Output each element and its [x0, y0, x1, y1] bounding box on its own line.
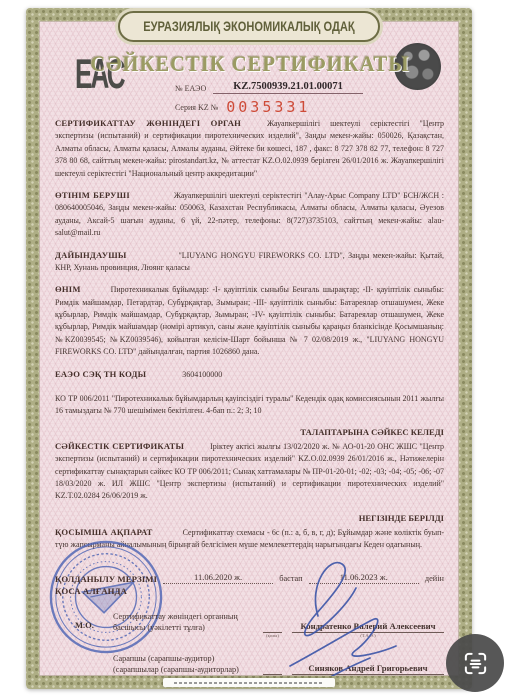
screenshot-page: { "colors": { "frame_olive": "#aeae85", …	[0, 0, 520, 699]
section-product: ӨНІМПиротехникалык бұйымдар: -I- қауіпті…	[55, 283, 444, 358]
union-banner-label: ЕУРАЗИЯЛЫҚ ЭКОНОМИКАЛЫҚ ОДАҚ	[143, 19, 354, 34]
scan-text-button[interactable]	[446, 634, 504, 692]
section-certification-body: СЕРТИФИКАТТАУ ЖӨНІНДЕГІ ОРГАНЖауапкершіл…	[55, 117, 444, 180]
certificate-number-row: № ЕАЭО KZ.7500939.21.01.00071	[175, 81, 363, 94]
certificate: ЕУРАЗИЯЛЫҚ ЭКОНОМИКАЛЫҚ ОДАҚ ЕАС СӘЙКЕСТ…	[26, 8, 472, 689]
union-banner: ЕУРАЗИЯЛЫҚ ЭКОНОМИКАЛЫҚ ОДАҚ	[118, 11, 380, 42]
certificate-series-label: Серия KZ №	[175, 103, 218, 112]
validity-label-line1: ҚОЛДАНЫЛУ МЕРЗІМІ	[55, 574, 157, 584]
microtext-line	[174, 682, 324, 684]
signature-role-expert: Сарапшы (сарапшы-аудитор) (сарапшылар (с…	[113, 653, 255, 675]
section-applicant: ӨТІНІМ БЕРУШІЖауапкершілігі шектеулі сер…	[55, 189, 444, 240]
section-manufacturer-label: ДАЙЫНДАУШЫ	[55, 250, 126, 260]
blue-round-seal-icon	[47, 538, 165, 656]
section-product-text: Пиротехникалык бұйымдар: -I- қауіптілік …	[55, 285, 444, 356]
section-product-label: ӨНІМ	[55, 284, 81, 294]
ink-signature	[260, 554, 420, 676]
certificate-number-value: KZ.7500939.21.01.00071	[213, 81, 363, 94]
certificate-title: СӘЙКЕСТІК СЕРТИФИКАТЫ	[90, 51, 409, 77]
validity-to-word: дейін	[425, 574, 444, 584]
section-conformity: СӘЙКЕСТІК СЕРТИФИКАТЫІріктеу актісі жылғ…	[55, 440, 444, 503]
section-manufacturer: ДАЙЫНДАУШЫ"LIUYANG HONGYU FIREWORKS CO. …	[55, 249, 444, 275]
validity-date-from: 11.06.2020 ж.	[194, 572, 242, 582]
regulation-paragraph: КО ТР 006/2011 "Пиротехникалык бұйымдарл…	[55, 393, 444, 418]
signature-block: ҚОЛДАНЫЛУ МЕРЗІМІ 11.06.2020 ж. бастап 1…	[55, 572, 444, 675]
section-tnved-code-value: 3604100000	[182, 370, 222, 379]
validity-from-line: 11.06.2020 ж.	[163, 572, 273, 584]
certificate-series-value: 0035331	[226, 98, 310, 116]
section-applicant-label: ӨТІНІМ БЕРУШІ	[55, 190, 130, 200]
section-tnved-code-label: ЕАЭО СЭҚ ТН КОДЫ	[55, 369, 146, 379]
section-certification-body-label: СЕРТИФИКАТТАУ ЖӨНІНДЕГІ ОРГАН	[55, 118, 241, 128]
basis-header: НЕГІЗІНДЕ БЕРІЛДІ	[55, 513, 444, 523]
microtext-strip	[163, 678, 335, 687]
compliance-header: ТАЛАПТАРЫНА СӘЙКЕС КЕЛЕДІ	[55, 427, 444, 437]
section-additional-info-label: ҚОСЫМША АҚПАРАТ	[55, 527, 153, 537]
section-conformity-label: СӘЙКЕСТІК СЕРТИФИКАТЫ	[55, 441, 184, 451]
certificate-header: ЕАС СӘЙКЕСТІК СЕРТИФИКАТЫ № ЕАЭО KZ.7500…	[55, 37, 444, 117]
certificate-paper: ЕАС СӘЙКЕСТІК СЕРТИФИКАТЫ № ЕАЭО KZ.7500…	[39, 21, 459, 676]
signature-role-head: Сертификаттау жөніндегі органның басшысы…	[113, 611, 255, 633]
section-tnved-code: ЕАЭО СЭҚ ТН КОДЫ3604100000	[55, 368, 444, 381]
certificate-series-row: Серия KZ № 0035331	[175, 98, 310, 116]
scan-text-icon	[462, 650, 489, 677]
certificate-number-label: № ЕАЭО	[175, 84, 206, 94]
